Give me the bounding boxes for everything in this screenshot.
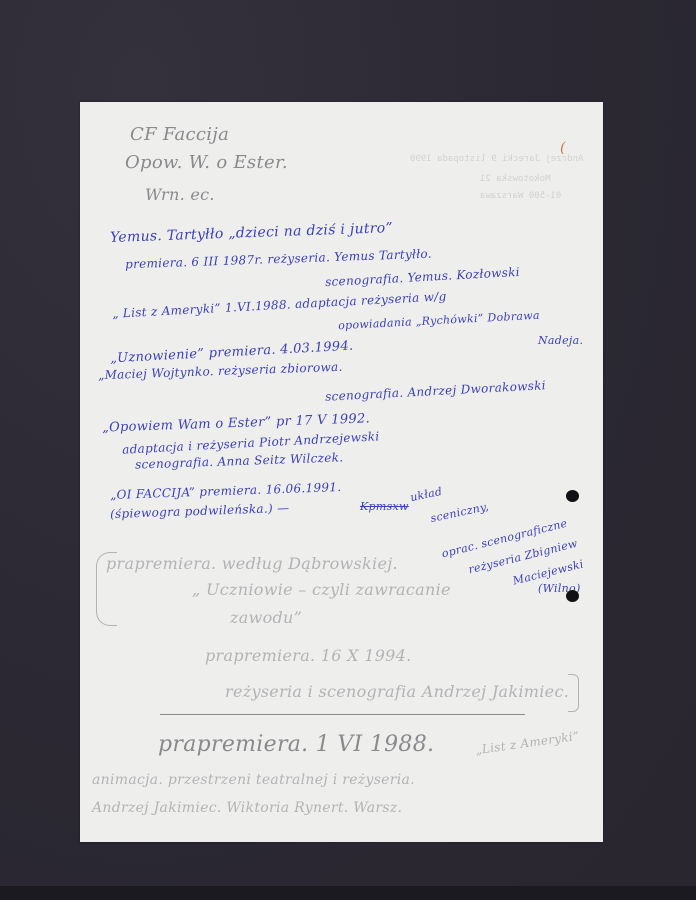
- bottom-line-1: animacja. przestrzeni teatralnej i reżys…: [92, 772, 415, 788]
- pencil-line-2: „ Uczniowie – czyli zawracanie: [192, 580, 451, 599]
- right-bracket: [568, 674, 579, 712]
- ink-blot-1: [566, 490, 579, 502]
- entry-1-line-1: Yemus. Tartyłło „dzieci na dziś i jutro”: [110, 220, 393, 246]
- pencil-line-4: prapremiera. 16 X 1994.: [205, 646, 412, 665]
- pencil-line-1: prapremiera. według Dąbrowskiej.: [106, 554, 398, 573]
- header-line-2: Opow. W. o Ester.: [125, 152, 288, 173]
- entry-2-line-3: Nadeja.: [538, 334, 583, 347]
- document-page: Andrzej Jarecki 9 listopada 1990 Mokotow…: [80, 102, 603, 842]
- scanner-edge: [0, 886, 696, 900]
- premiere-side-note: „List z Ameryki”: [475, 729, 581, 757]
- pencil-line-5: reżyseria i scenografia Andrzej Jakimiec…: [225, 682, 569, 701]
- orange-mark: (: [560, 140, 566, 156]
- typed-bleedthrough-line-1: Andrzej Jarecki 9 listopada 1990: [410, 154, 583, 164]
- divider-line: [160, 714, 525, 715]
- pencil-line-3: zawodu”: [230, 608, 302, 627]
- entry-5-note-1: układ: [409, 485, 443, 504]
- entry-5-line-2: (śpiewogra podwileńska.) —: [110, 501, 290, 521]
- ink-blot-2: [566, 590, 579, 602]
- typed-bleedthrough-line-3: 01-500 Warszawa: [480, 191, 561, 201]
- entry-3-line-3: scenografia. Andrzej Dworakowski: [325, 378, 546, 404]
- entry-5-note-2: sceniczny,: [429, 500, 490, 525]
- entry-1-line-2: premiera. 6 III 1987r. reżyseria. Yemus …: [125, 247, 432, 272]
- header-line-1: CF Faccija: [130, 124, 229, 145]
- entry-1-line-3: scenografia. Yemus. Kozłowski: [325, 265, 520, 289]
- entry-5-line-1: „OI FACCIJA” premiera. 16.06.1991.: [110, 480, 342, 502]
- bottom-line-2: Andrzej Jakimiec. Wiktoria Rynert. Warsz…: [92, 800, 402, 816]
- header-line-3: Wrn. ec.: [145, 185, 215, 204]
- entry-2-line-2: opowiadania „Rychówki” Dobrawa: [338, 309, 540, 333]
- premiere-date: prapremiera. 1 VI 1988.: [158, 732, 434, 757]
- typed-bleedthrough-line-2: Mokotowska 21: [480, 174, 550, 184]
- entry-5-strikethrough: Kpmsxw: [360, 500, 409, 513]
